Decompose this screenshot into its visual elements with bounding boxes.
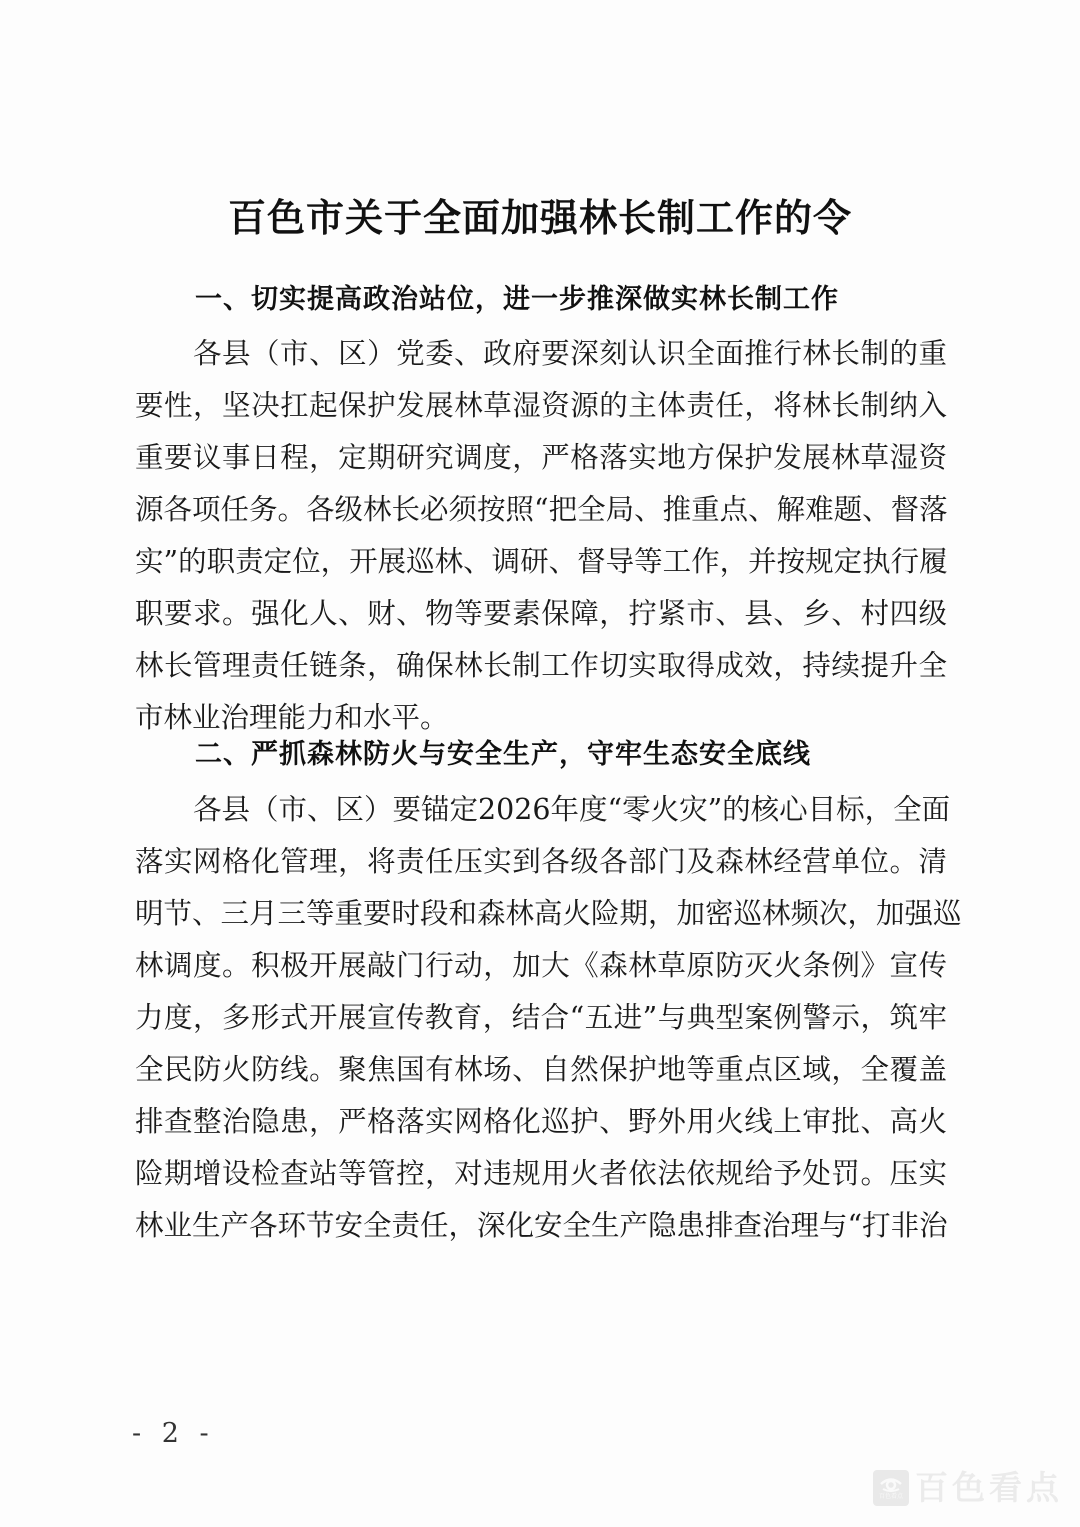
paragraph-line: 排查整治隐患，严格落实网格化巡护、野外用火线上审批、高火: [135, 1096, 947, 1148]
paragraph-line: 林长管理责任链条，确保林长制工作切实取得成效，持续提升全: [135, 640, 947, 692]
paragraph-line: 各县（市、区）党委、政府要深刻认识全面推行林长制的重: [135, 328, 947, 380]
eye-logo-icon: 百色看点: [873, 1470, 909, 1506]
paragraph-line: 重要议事日程，定期研究调度，严格落实地方保护发展林草湿资: [135, 432, 947, 484]
watermark-text: 百色看点: [915, 1468, 1063, 1508]
document-title: 百色市关于全面加强林长制工作的令: [0, 190, 1080, 246]
paragraph-line: 林业生产各环节安全责任，深化安全生产隐患排查治理与“打非治: [135, 1200, 947, 1252]
section-2-heading: 二、严抓森林防火与安全生产，守牢生态安全底线: [195, 735, 811, 775]
paragraph-line: 职要求。强化人、财、物等要素保障，拧紧市、县、乡、村四级: [135, 588, 947, 640]
paragraph-line: 落实网格化管理，将责任压实到各级各部门及森林经营单位。清: [135, 836, 947, 888]
page-number: - 2 -: [132, 1414, 215, 1454]
paragraph-line: 全民防火防线。聚焦国有林场、自然保护地等重点区域，全覆盖: [135, 1044, 947, 1096]
watermark-logo-caption: 百色看点: [879, 1493, 903, 1500]
paragraph-line: 明节、三月三等重要时段和森林高火险期，加密巡林频次，加强巡: [135, 888, 947, 940]
document-page: 百色市关于全面加强林长制工作的令 一、切实提高政治站位，进一步推深做实林长制工作…: [0, 0, 1080, 1527]
paragraph-line: 源各项任务。各级林长必须按照“把全局、推重点、解难题、督落: [135, 484, 947, 536]
paragraph-line: 各县（市、区）要锚定2026年度“零火灾”的核心目标，全面: [135, 784, 947, 836]
paragraph-line: 林调度。积极开展敲门行动，加大《森林草原防灭火条例》宣传: [135, 940, 947, 992]
section-2-paragraph: 各县（市、区）要锚定2026年度“零火灾”的核心目标，全面 落实网格化管理，将责…: [135, 784, 947, 1252]
paragraph-line: 要性，坚决扛起保护发展林草湿资源的主体责任，将林长制纳入: [135, 380, 947, 432]
watermark: 百色看点 百色看点: [873, 1468, 1063, 1508]
paragraph-line: 力度，多形式开展宣传教育，结合“五进”与典型案例警示，筑牢: [135, 992, 947, 1044]
section-1-paragraph: 各县（市、区）党委、政府要深刻认识全面推行林长制的重 要性，坚决扛起保护发展林草…: [135, 328, 947, 744]
paragraph-line: 险期增设检查站等管控，对违规用火者依法依规给予处罚。压实: [135, 1148, 947, 1200]
section-1-heading: 一、切实提高政治站位，进一步推深做实林长制工作: [195, 280, 839, 320]
paragraph-line: 实”的职责定位，开展巡林、调研、督导等工作，并按规定执行履: [135, 536, 947, 588]
